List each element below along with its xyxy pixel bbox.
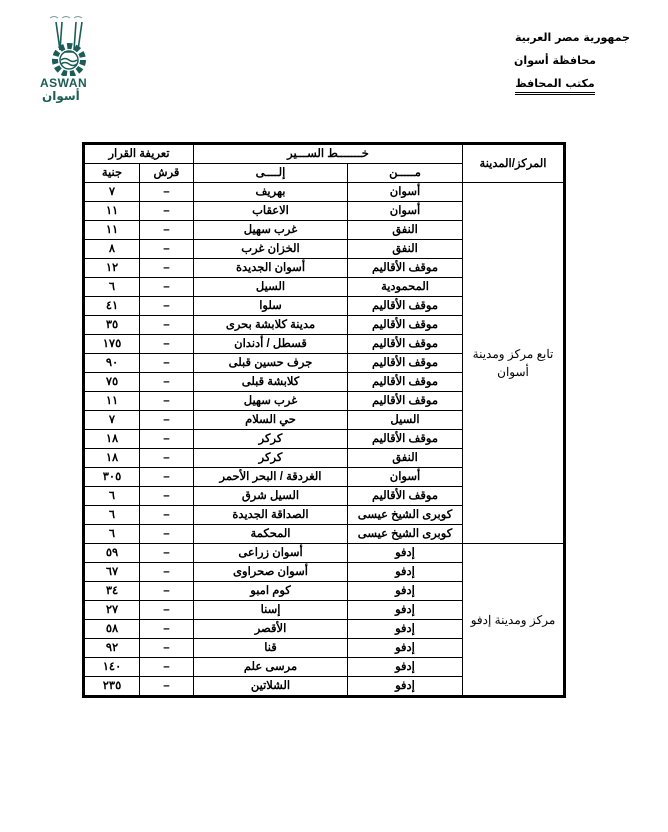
qirsh-cell: – (140, 202, 194, 221)
qirsh-cell: – (140, 259, 194, 278)
area-cell: تابع مركز ومدينة أسوان (463, 183, 564, 544)
country-name: جمهورية مصر العربية (480, 26, 630, 49)
qirsh-cell: – (140, 278, 194, 297)
from-cell: إدفو (348, 658, 463, 677)
to-cell: قنا (194, 639, 348, 658)
to-cell: السيل شرق (194, 487, 348, 506)
from-cell: إدفو (348, 544, 463, 563)
to-cell: الأقصر (194, 620, 348, 639)
from-cell: موقف الأقاليم (348, 297, 463, 316)
header-area: المركز/المدينة (463, 145, 564, 183)
qirsh-cell: – (140, 677, 194, 696)
to-cell: حي السلام (194, 411, 348, 430)
from-cell: إدفو (348, 677, 463, 696)
from-cell: النفق (348, 240, 463, 259)
qirsh-cell: – (140, 658, 194, 677)
from-cell: كوبرى الشيخ عيسى (348, 525, 463, 544)
pound-cell: ١٢ (85, 259, 140, 278)
to-cell: بهريف (194, 183, 348, 202)
qirsh-cell: – (140, 392, 194, 411)
to-cell: السيل (194, 278, 348, 297)
pound-cell: ٩٠ (85, 354, 140, 373)
from-cell: إدفو (348, 639, 463, 658)
qirsh-cell: – (140, 468, 194, 487)
pound-cell: ١٨ (85, 430, 140, 449)
to-cell: أسوان صحراوى (194, 563, 348, 582)
pound-cell: ٣٤ (85, 582, 140, 601)
to-cell: الخزان غرب (194, 240, 348, 259)
pound-cell: ٧٥ (85, 373, 140, 392)
from-cell: أسوان (348, 468, 463, 487)
pound-cell: ١١ (85, 221, 140, 240)
pound-cell: ٦ (85, 525, 140, 544)
qirsh-cell: – (140, 430, 194, 449)
from-cell: موقف الأقاليم (348, 335, 463, 354)
pound-cell: ٥٨ (85, 620, 140, 639)
table-row: مركز ومدينة إدفوإدفوأسوان زراعى–٥٩ (85, 544, 564, 563)
pound-cell: ٨ (85, 240, 140, 259)
pound-cell: ١٨ (85, 449, 140, 468)
qirsh-cell: – (140, 525, 194, 544)
to-cell: الاعقاب (194, 202, 348, 221)
header-route: خـــــــط الســـير (194, 145, 463, 164)
header-qirsh: قرش (140, 164, 194, 183)
qirsh-cell: – (140, 601, 194, 620)
from-cell: النفق (348, 221, 463, 240)
qirsh-cell: – (140, 221, 194, 240)
fare-table: المركز/المدينة خـــــــط الســـير تعريفة… (84, 144, 564, 696)
qirsh-cell: – (140, 411, 194, 430)
qirsh-cell: – (140, 639, 194, 658)
pound-cell: ٣٥ (85, 316, 140, 335)
pound-cell: ٩٢ (85, 639, 140, 658)
to-cell: المحكمة (194, 525, 348, 544)
qirsh-cell: – (140, 354, 194, 373)
to-cell: غرب سهيل (194, 392, 348, 411)
to-cell: سلوا (194, 297, 348, 316)
to-cell: أسوان زراعى (194, 544, 348, 563)
from-cell: كوبرى الشيخ عيسى (348, 506, 463, 525)
header-pound: جنية (85, 164, 140, 183)
qirsh-cell: – (140, 449, 194, 468)
from-cell: إدفو (348, 601, 463, 620)
to-cell: كلابشة قبلى (194, 373, 348, 392)
from-cell: إدفو (348, 563, 463, 582)
pound-cell: ٦ (85, 506, 140, 525)
qirsh-cell: – (140, 544, 194, 563)
qirsh-cell: – (140, 240, 194, 259)
header-to: إلــــى (194, 164, 348, 183)
to-cell: كركر (194, 449, 348, 468)
to-cell: الغردقة / البحر الأحمر (194, 468, 348, 487)
to-cell: أسوان الجديدة (194, 259, 348, 278)
qirsh-cell: – (140, 335, 194, 354)
from-cell: موقف الأقاليم (348, 259, 463, 278)
logo-text-en: ASWAN (40, 76, 87, 90)
pound-cell: ١١ (85, 202, 140, 221)
header-fare: تعريفة القرار (85, 145, 194, 164)
pound-cell: ٧ (85, 183, 140, 202)
qirsh-cell: – (140, 297, 194, 316)
qirsh-cell: – (140, 487, 194, 506)
pound-cell: ١٤٠ (85, 658, 140, 677)
logo-text-ar: أسوان (42, 89, 80, 103)
from-cell: موقف الأقاليم (348, 373, 463, 392)
qirsh-cell: – (140, 563, 194, 582)
pound-cell: ٤١ (85, 297, 140, 316)
from-cell: إدفو (348, 582, 463, 601)
from-cell: موقف الأقاليم (348, 392, 463, 411)
office-name: مكتب المحافظ (515, 76, 595, 95)
to-cell: غرب سهيل (194, 221, 348, 240)
letterhead: جمهورية مصر العربية محافظة أسوان مكتب ال… (480, 26, 630, 95)
pound-cell: ١١ (85, 392, 140, 411)
qirsh-cell: – (140, 183, 194, 202)
to-cell: الصداقة الجديدة (194, 506, 348, 525)
pound-cell: ١٧٥ (85, 335, 140, 354)
pound-cell: ٥٩ (85, 544, 140, 563)
pound-cell: ٧ (85, 411, 140, 430)
from-cell: السيل (348, 411, 463, 430)
area-cell: مركز ومدينة إدفو (463, 544, 564, 696)
to-cell: قسطل / أدندان (194, 335, 348, 354)
qirsh-cell: – (140, 582, 194, 601)
pound-cell: ٦ (85, 278, 140, 297)
to-cell: مدينة كلابشة بحرى (194, 316, 348, 335)
governorate-name: محافظة أسوان (480, 49, 630, 72)
table-row: تابع مركز ومدينة أسوانأسوانبهريف–٧ (85, 183, 564, 202)
from-cell: المحمودية (348, 278, 463, 297)
from-cell: أسوان (348, 202, 463, 221)
qirsh-cell: – (140, 373, 194, 392)
from-cell: موقف الأقاليم (348, 430, 463, 449)
qirsh-cell: – (140, 620, 194, 639)
from-cell: موقف الأقاليم (348, 354, 463, 373)
to-cell: كركر (194, 430, 348, 449)
pound-cell: ٦ (85, 487, 140, 506)
qirsh-cell: – (140, 316, 194, 335)
to-cell: جرف حسين قبلى (194, 354, 348, 373)
pound-cell: ٢٣٥ (85, 677, 140, 696)
header-from: مـــــن (348, 164, 463, 183)
from-cell: موقف الأقاليم (348, 316, 463, 335)
from-cell: موقف الأقاليم (348, 487, 463, 506)
to-cell: الشلاتين (194, 677, 348, 696)
pound-cell: ٢٧ (85, 601, 140, 620)
from-cell: أسوان (348, 183, 463, 202)
from-cell: إدفو (348, 620, 463, 639)
to-cell: مرسى علم (194, 658, 348, 677)
qirsh-cell: – (140, 506, 194, 525)
from-cell: النفق (348, 449, 463, 468)
to-cell: كوم امبو (194, 582, 348, 601)
pound-cell: ٦٧ (85, 563, 140, 582)
pound-cell: ٣٠٥ (85, 468, 140, 487)
to-cell: إسنا (194, 601, 348, 620)
